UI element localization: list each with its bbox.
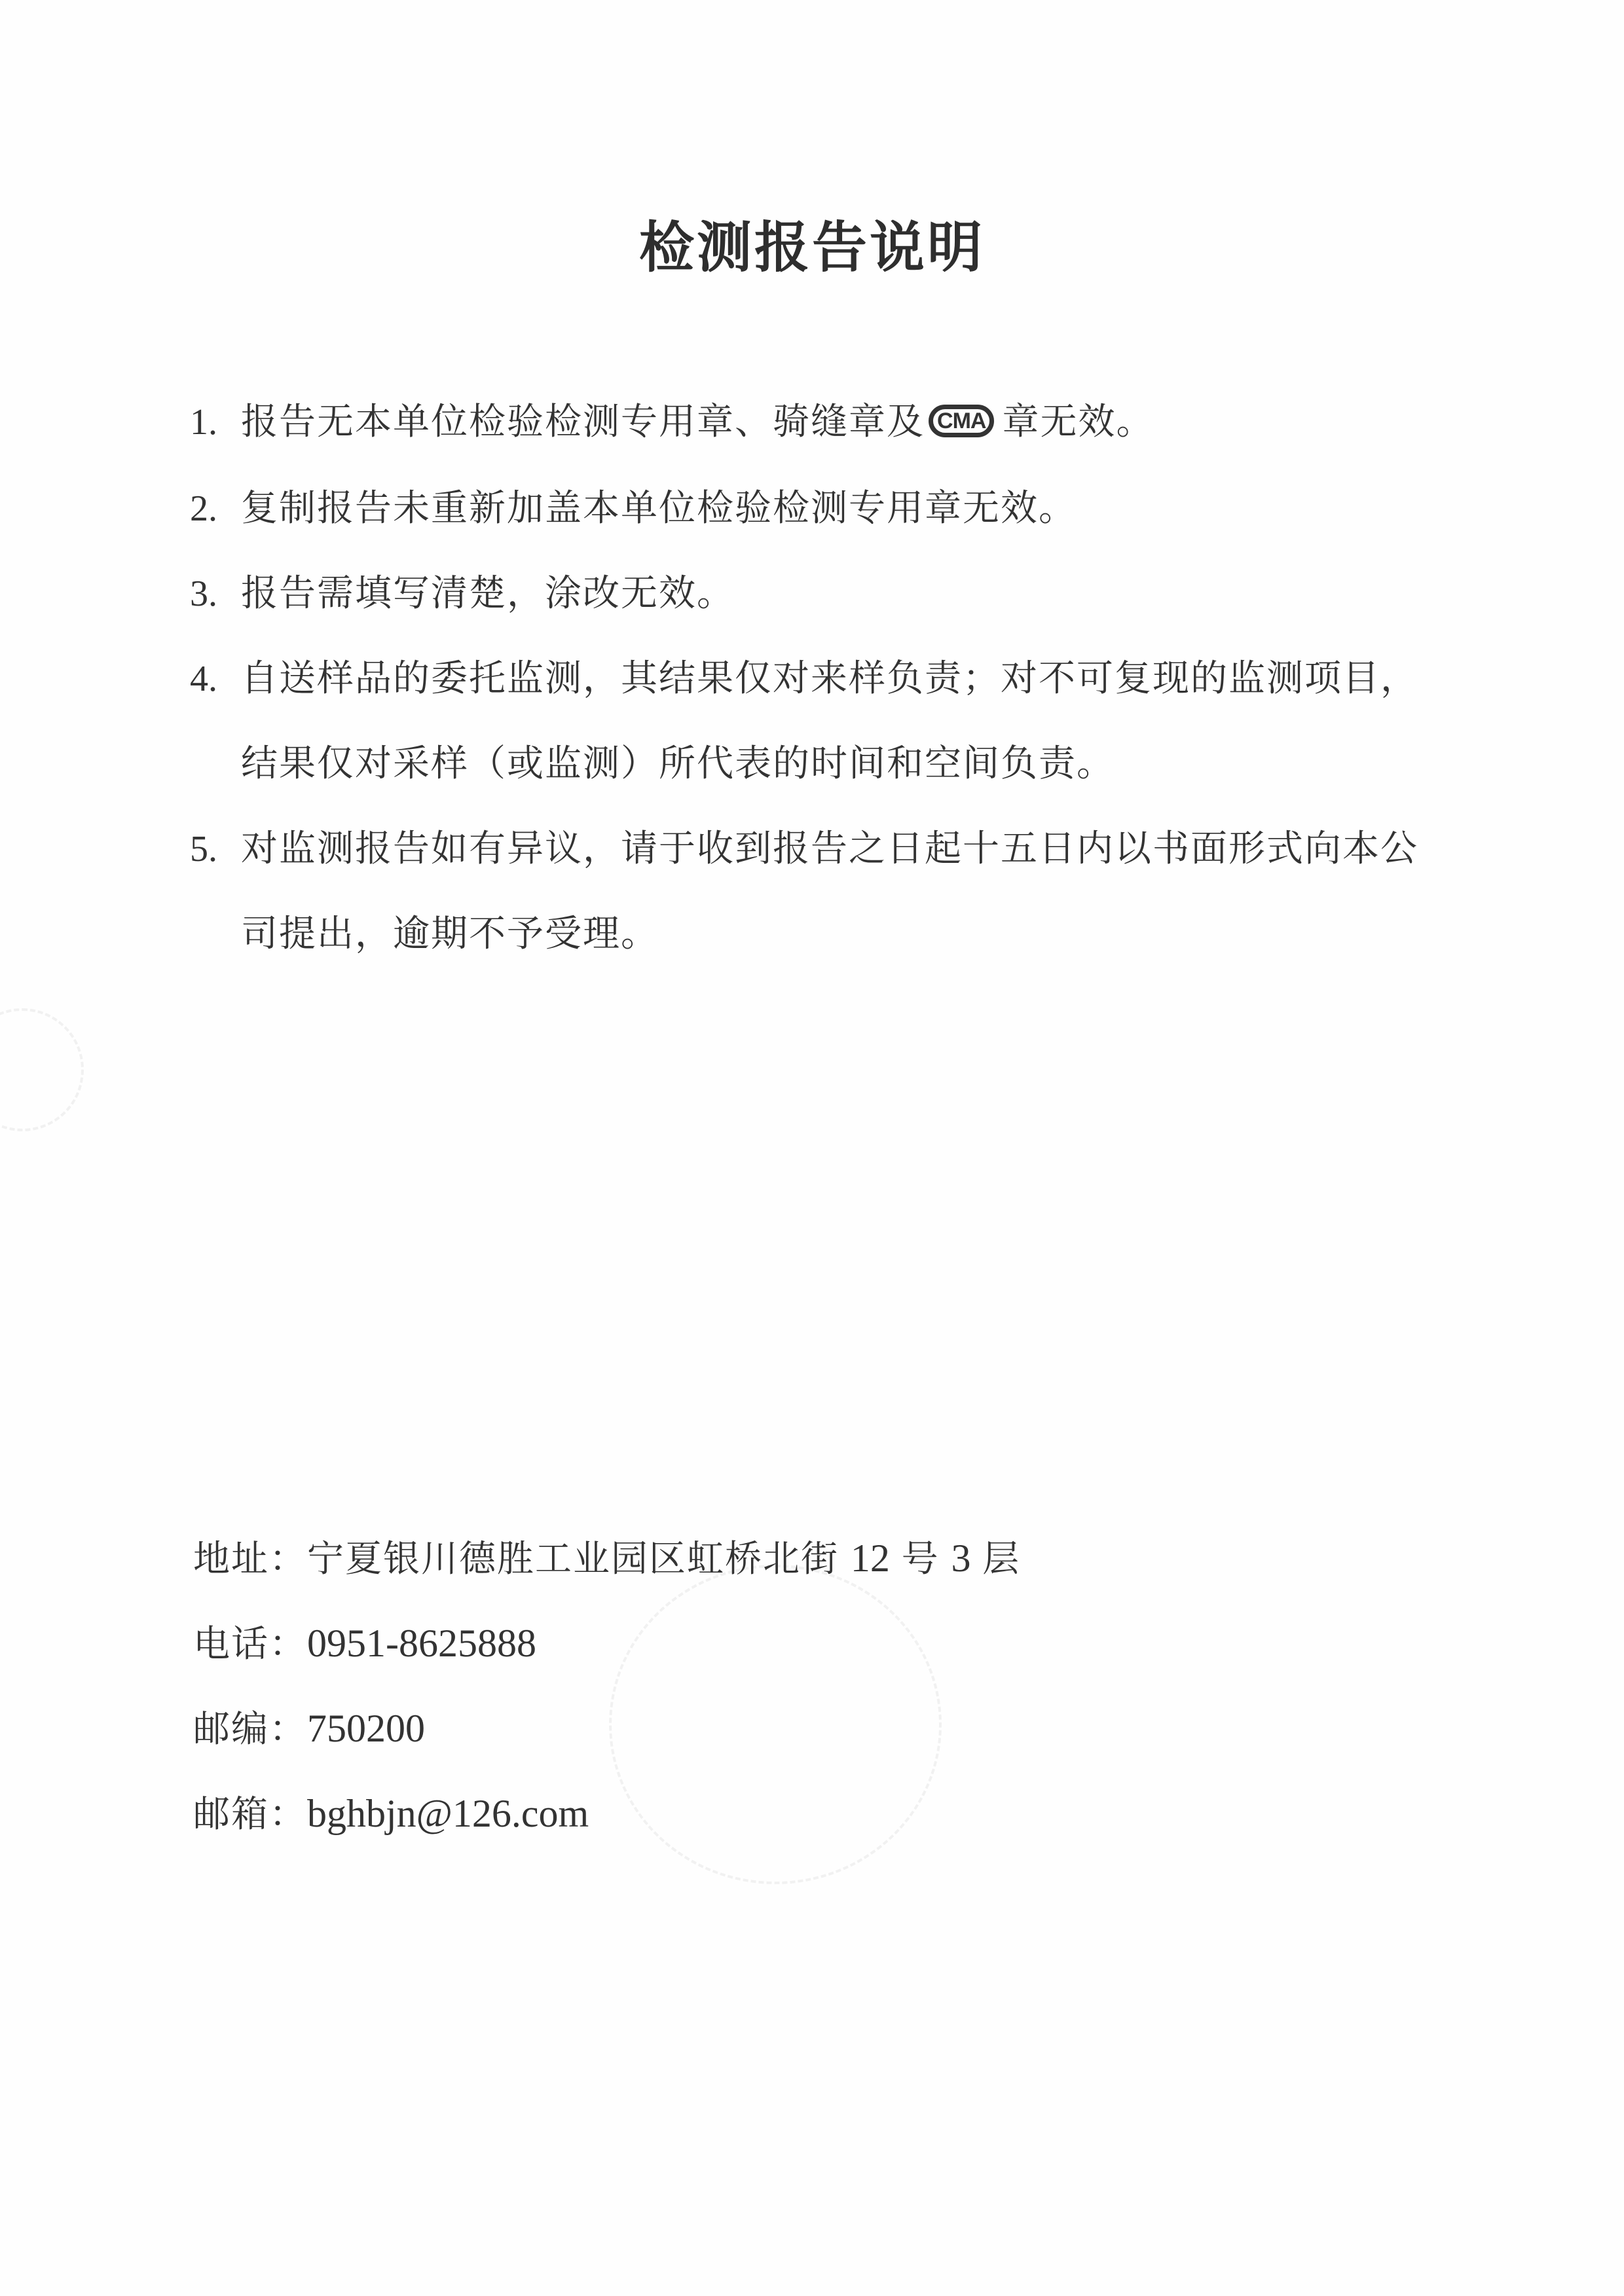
notice-item-5: 5.对监测报告如有异议，请于收到报告之日起十五日内以书面形式向本公	[190, 826, 1418, 872]
item-number: 3.	[190, 571, 241, 617]
notice-item-2: 2.复制报告未重新加盖本单位检验检测专用章无效。	[190, 486, 1077, 532]
address-label: 地址：	[193, 1538, 307, 1580]
notice-item-4: 4.自送样品的委托监测，其结果仅对来样负责；对不可复现的监测项目，	[190, 656, 1418, 702]
item-number: 4.	[190, 656, 241, 702]
item-text-after: 章无效。	[1002, 401, 1154, 443]
email-value: bghbjn@126.com	[307, 1792, 589, 1835]
phone-value: 0951-8625888	[307, 1622, 536, 1665]
document-page: 检测报告说明 1.报告无本单位检验检测专用章、骑缝章及CMA章无效。 2.复制报…	[0, 0, 1624, 2296]
cma-seal-icon: CMA	[929, 405, 994, 437]
postcode-label: 邮编：	[193, 1708, 307, 1751]
item-text: 报告需填写清楚，涂改无效。	[241, 572, 735, 615]
item-number: 1.	[190, 399, 241, 445]
notice-item-5-continuation: 司提出，逾期不予受理。	[241, 911, 659, 957]
email-label: 邮箱：	[193, 1793, 307, 1836]
item-text: 对监测报告如有异议，请于收到报告之日起十五日内以书面形式向本公	[241, 828, 1418, 870]
item-number: 2.	[190, 486, 241, 532]
contact-phone: 电话：0951-8625888	[193, 1620, 536, 1667]
item-text: 复制报告未重新加盖本单位检验检测专用章无效。	[241, 487, 1077, 530]
item-number: 5.	[190, 826, 241, 872]
contact-email: 邮箱：bghbjn@126.com	[193, 1791, 589, 1838]
notice-item-3: 3.报告需填写清楚，涂改无效。	[190, 571, 735, 617]
address-value: 宁夏银川德胜工业园区虹桥北街	[307, 1538, 839, 1580]
faded-stamp-mark	[609, 1565, 942, 1884]
contact-address: 地址：宁夏银川德胜工业园区虹桥北街 12 号 3 层	[193, 1535, 1020, 1582]
faded-seal-mark	[0, 1008, 84, 1131]
page-title: 检测报告说明	[0, 208, 1624, 287]
phone-label: 电话：	[193, 1623, 307, 1666]
item-text: 报告无本单位检验检测专用章、骑缝章及	[241, 401, 925, 443]
postcode-value: 750200	[307, 1707, 425, 1750]
notice-item-4-continuation: 结果仅对采样（或监测）所代表的时间和空间负责。	[241, 741, 1115, 787]
notice-item-1: 1.报告无本单位检验检测专用章、骑缝章及CMA章无效。	[190, 399, 1154, 445]
contact-postcode: 邮编：750200	[193, 1705, 425, 1753]
item-text: 自送样品的委托监测，其结果仅对来样负责；对不可复现的监测项目，	[241, 657, 1418, 700]
